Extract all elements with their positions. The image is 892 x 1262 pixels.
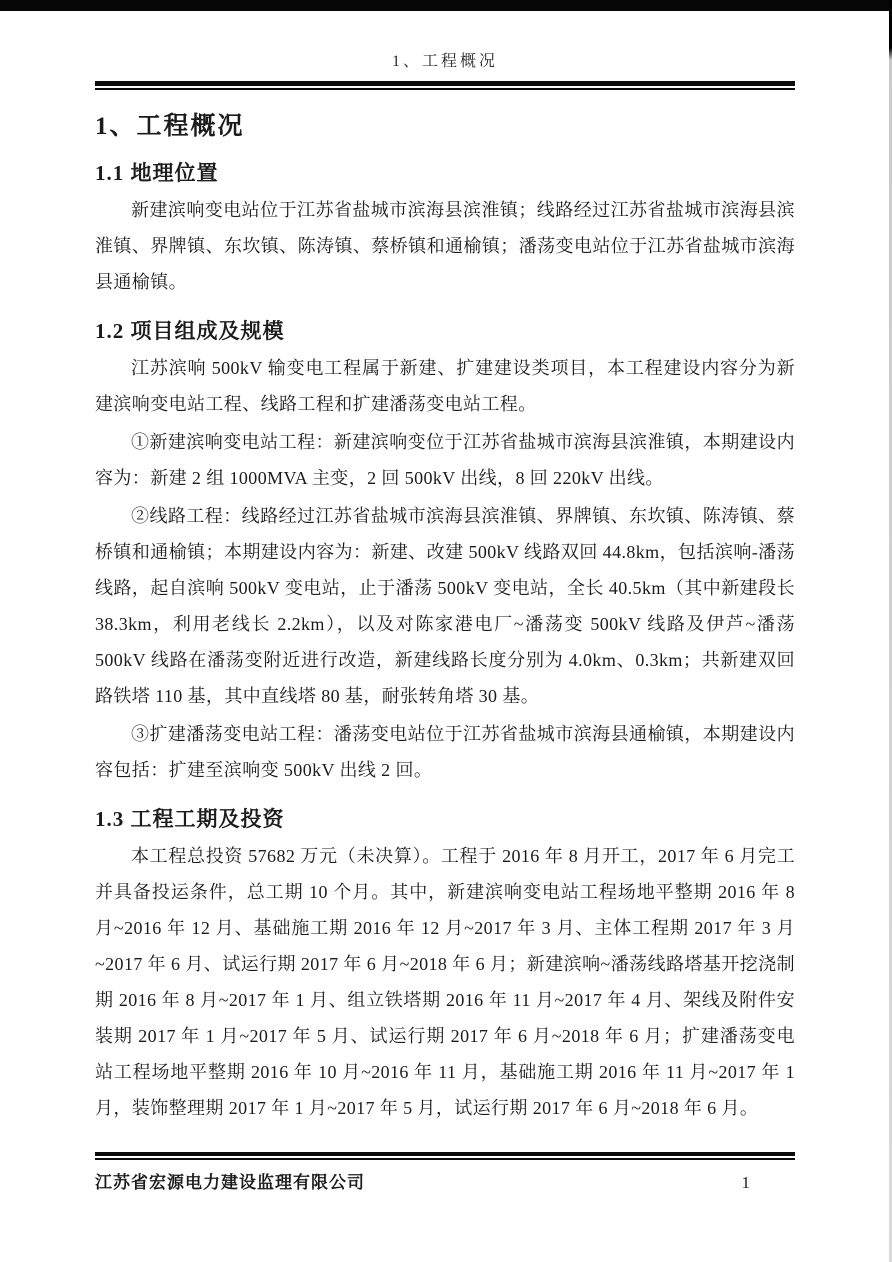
footer-company-name: 江苏省宏源电力建设监理有限公司 xyxy=(95,1168,365,1193)
paragraph-geographic-location: 新建滨响变电站位于江苏省盐城市滨海县滨淮镇；线路经过江苏省盐城市滨海县滨淮镇、界… xyxy=(95,192,795,300)
footer-divider xyxy=(95,1152,795,1160)
paragraph-schedule-investment: 本工程总投资 57682 万元（未决算）。工程于 2016 年 8 月开工，20… xyxy=(95,838,795,1126)
header-divider xyxy=(95,81,795,90)
scan-artifact-top-edge xyxy=(0,0,892,11)
section-1-2-heading: 1.2 项目组成及规模 xyxy=(95,315,795,345)
paragraph-item-2-line-works: ②线路工程：线路经过江苏省盐城市滨海县滨淮镇、界牌镇、东坎镇、陈涛镇、蔡桥镇和通… xyxy=(95,498,795,714)
paragraph-project-composition-intro: 江苏滨响 500kV 输变电工程属于新建、扩建建设类项目，本工程建设内容分为新建… xyxy=(95,350,795,422)
paragraph-item-3-expansion: ③扩建潘荡变电站工程：潘荡变电站位于江苏省盐城市滨海县通榆镇，本期建设内容包括：… xyxy=(95,716,795,788)
running-header-title: 1、工程概况 xyxy=(95,48,795,71)
paragraph-item-1-substation: ①新建滨响变电站工程：新建滨响变位于江苏省盐城市滨海县滨淮镇，本期建设内容为：新… xyxy=(95,424,795,496)
page-footer: 江苏省宏源电力建设监理有限公司 1 xyxy=(95,1152,795,1193)
footer-page-number: 1 xyxy=(742,1173,796,1193)
page-title: 1、工程概况 xyxy=(95,106,795,142)
section-1-3-heading: 1.3 工程工期及投资 xyxy=(95,803,795,833)
document-page: 1、工程概况 1、工程概况 1.1 地理位置 新建滨响变电站位于江苏省盐城市滨海… xyxy=(0,0,892,1262)
section-1-1-heading: 1.1 地理位置 xyxy=(95,157,795,187)
document-content: 1、工程概况 1、工程概况 1.1 地理位置 新建滨响变电站位于江苏省盐城市滨海… xyxy=(95,48,795,1128)
